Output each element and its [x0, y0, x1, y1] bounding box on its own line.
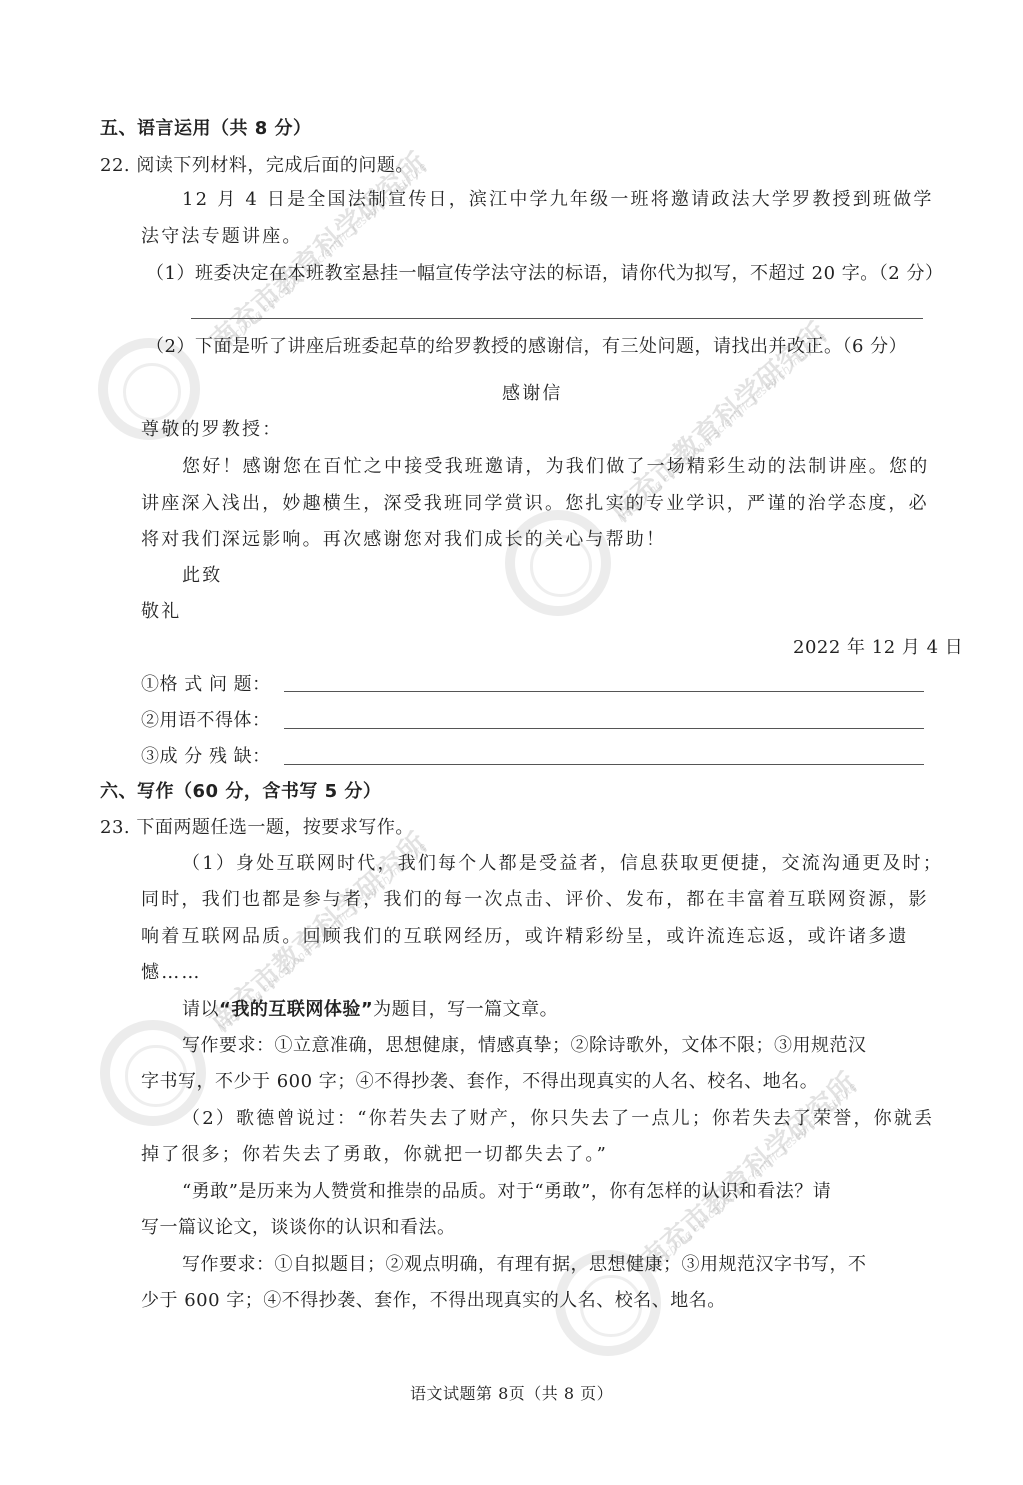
letter-closing: 敬礼 [141, 600, 181, 624]
requirement2-line: 少于 600 字；④不得抄袭、套作，不得出现真实的人名、校名、地名。 [141, 1289, 726, 1313]
answer-line[interactable] [191, 318, 923, 319]
answer-line-3[interactable] [284, 764, 924, 765]
letter-date: 2022 年 12 月 4 日 [793, 636, 963, 660]
requirement1-line: 字书写，不少于 600 字；④不得抄袭、套作，不得出现真实的人名、校名、地名。 [141, 1070, 818, 1094]
answer-label-1: ①格 式 问 题： [141, 673, 271, 697]
prompt2-line: （2）歌德曾说过：“你若失去了财产，你只失去了一点儿；你若失去了荣誉，你就丢 [182, 1107, 934, 1131]
task2-line: “勇敢”是历来为人赞赏和推崇的品质。对于“勇敢”，你有怎样的认识和看法？请 [182, 1180, 831, 1204]
watermark-text: 南充市教育科学研究所 [630, 1063, 865, 1280]
sub-question-1: （1）班委决定在本班教室悬挂一幅宣传学法守法的标语，请你代为拟写，不超过 20 … [146, 262, 943, 286]
letter-title: 感谢信 [502, 382, 563, 406]
page-footer: 语文试题第 8页（共 8 页） [410, 1382, 613, 1406]
answer-label-3: ③成 分 残 缺： [141, 745, 271, 769]
task1-post: 为题目，写一篇文章。 [373, 999, 558, 1020]
answer-label-2: ②用语不得体： [141, 709, 271, 733]
letter-closing: 此致 [182, 564, 222, 588]
prompt1-line: 同时，我们也都是参与者，我们的每一次点击、评价、发布，都在丰富着互联网资源，影 [141, 888, 929, 912]
question-stem: 23. 下面两题任选一题，按要求写作。 [100, 816, 414, 840]
letter-salutation: 尊敬的罗教授： [141, 418, 282, 442]
task2-line: 写一篇议论文，谈谈你的认识和看法。 [141, 1216, 456, 1240]
prompt2-line: 掉了很多；你若失去了勇敢，你就把一切都失去了。” [141, 1143, 608, 1167]
answer-line-2[interactable] [284, 728, 924, 729]
letter-body-line: 讲座深入浅出，妙趣横生，深受我班同学赏识。您扎实的专业学识，严谨的治学态度，必 [141, 492, 929, 516]
requirement2-line: 写作要求：①自拟题目；②观点明确，有理有据，思想健康；③用规范汉字书写，不 [182, 1253, 867, 1277]
answer-line-1[interactable] [284, 691, 924, 692]
requirement1-line: 写作要求：①立意准确，思想健康，情感真挚；②除诗歌外，文体不限；③用规范汉 [182, 1034, 867, 1058]
task1-title: “我的互联网体验” [219, 999, 373, 1020]
material-line: 12 月 4 日是全国法制宣传日，滨江中学九年级一班将邀请政法大学罗教授到班做学 [182, 188, 934, 212]
task1-pre: 请以 [182, 999, 219, 1020]
section-heading: 五、语言运用（共 8 分） [100, 117, 312, 141]
letter-body-line: 将对我们深远影响。再次感谢您对我们成长的关心与帮助！ [141, 528, 666, 552]
sub-question-2: （2）下面是听了讲座后班委起草的给罗教授的感谢信，有三处问题，请找出并改正。（6… [146, 335, 907, 359]
task1: 请以“我的互联网体验”为题目，写一篇文章。 [182, 998, 558, 1022]
prompt1-line: 响着互联网品质。回顾我们的互联网经历，或许精彩纷呈，或许流连忘返，或许诸多遗 [141, 925, 909, 949]
question-stem: 22. 阅读下列材料，完成后面的问题。 [100, 154, 414, 178]
watermark-seal [505, 510, 611, 616]
material-line: 法守法专题讲座。 [141, 225, 303, 249]
prompt1-line: （1）身处互联网时代，我们每个人都是受益者，信息获取更便捷，交流沟通更及时； [182, 852, 943, 876]
letter-body-line: 您好！感谢您在百忙之中接受我班邀请，为我们做了一场精彩生动的法制讲座。您的 [182, 455, 929, 479]
section-heading: 六、写作（60 分，含书写 5 分） [100, 780, 381, 804]
prompt1-line: 憾…… [141, 961, 202, 985]
